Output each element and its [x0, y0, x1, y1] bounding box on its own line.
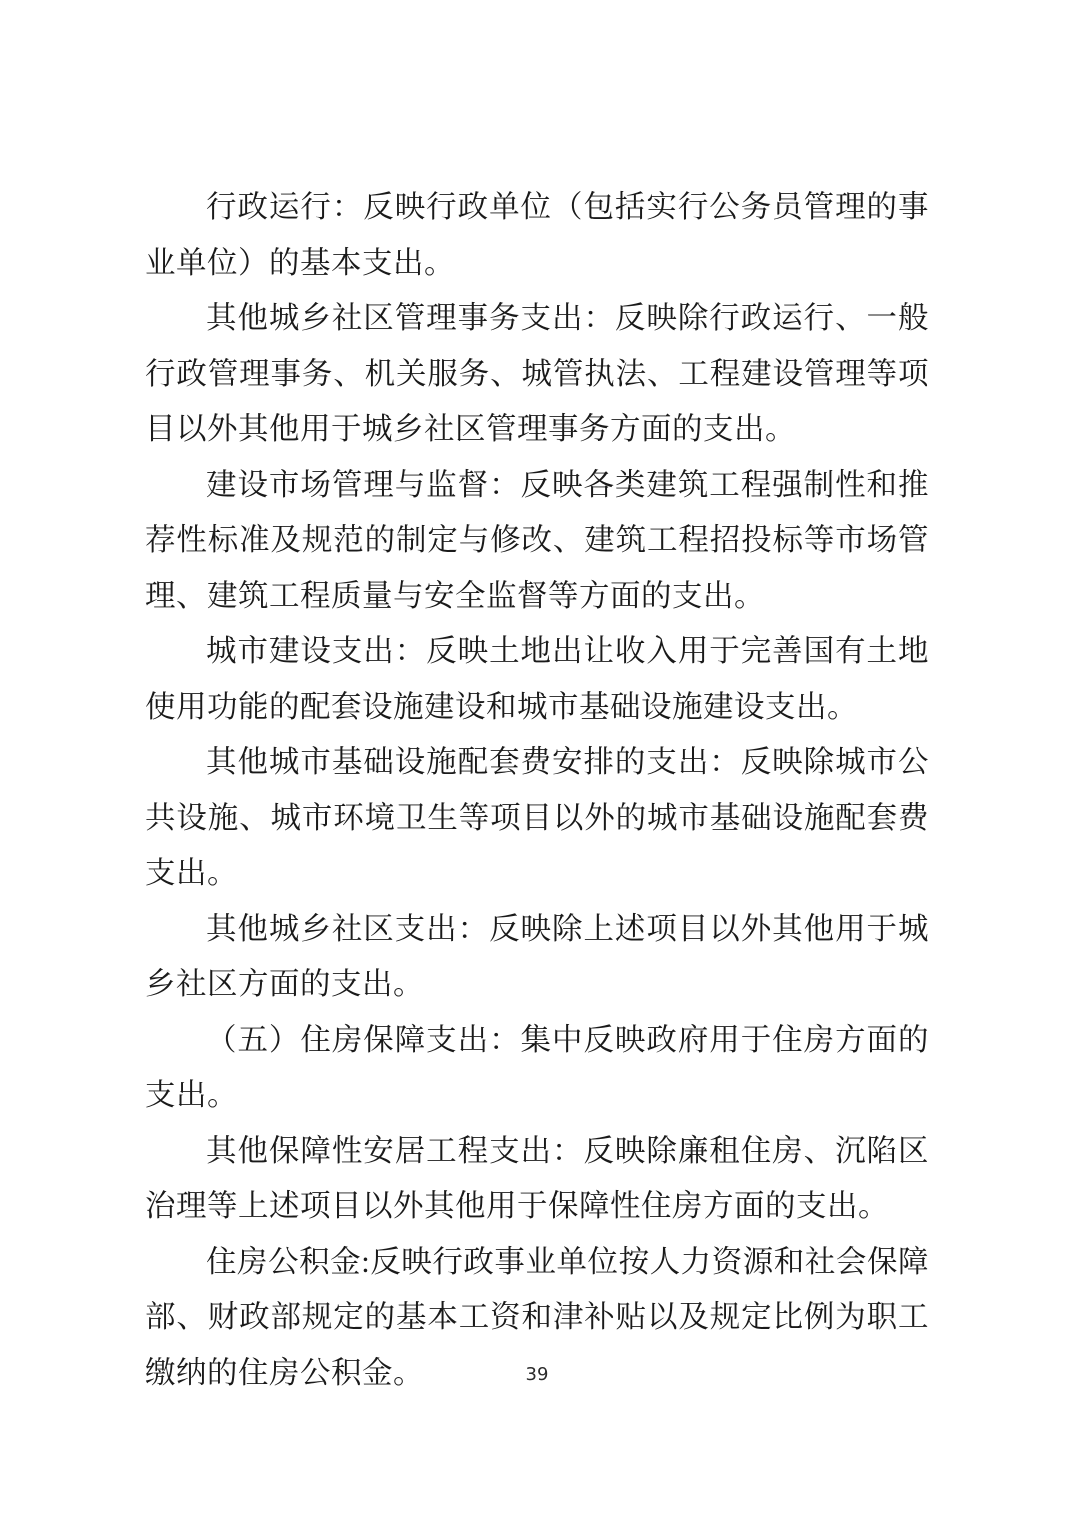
paragraph-other-infrastructure-fee: 其他城市基础设施配套费安排的支出：反映除城市公共设施、城市环境卫生等项目以外的城… — [145, 735, 929, 902]
paragraph-construction-market-supervision: 建设市场管理与监督：反映各类建筑工程强制性和推荐性标准及规范的制定与修改、建筑工… — [145, 458, 929, 625]
body-text: 行政运行：反映行政单位（包括实行公务员管理的事业单位）的基本支出。 其他城乡社区… — [145, 180, 929, 1401]
paragraph-admin-operation: 行政运行：反映行政单位（包括实行公务员管理的事业单位）的基本支出。 — [145, 180, 929, 291]
document-page: 行政运行：反映行政单位（包括实行公务员管理的事业单位）的基本支出。 其他城乡社区… — [0, 0, 1074, 1520]
paragraph-other-housing-projects: 其他保障性安居工程支出：反映除廉租住房、沉陷区治理等上述项目以外其他用于保障性住… — [145, 1124, 929, 1235]
page-number: 39 — [0, 1363, 1074, 1387]
paragraph-other-urban-rural-mgmt: 其他城乡社区管理事务支出：反映除行政运行、一般行政管理事务、机关服务、城管执法、… — [145, 291, 929, 458]
paragraph-urban-construction: 城市建设支出：反映土地出让收入用于完善国有土地使用功能的配套设施建设和城市基础设… — [145, 624, 929, 735]
paragraph-other-urban-rural-community: 其他城乡社区支出：反映除上述项目以外其他用于城乡社区方面的支出。 — [145, 902, 929, 1013]
paragraph-housing-security-heading: （五）住房保障支出：集中反映政府用于住房方面的支出。 — [145, 1013, 929, 1124]
